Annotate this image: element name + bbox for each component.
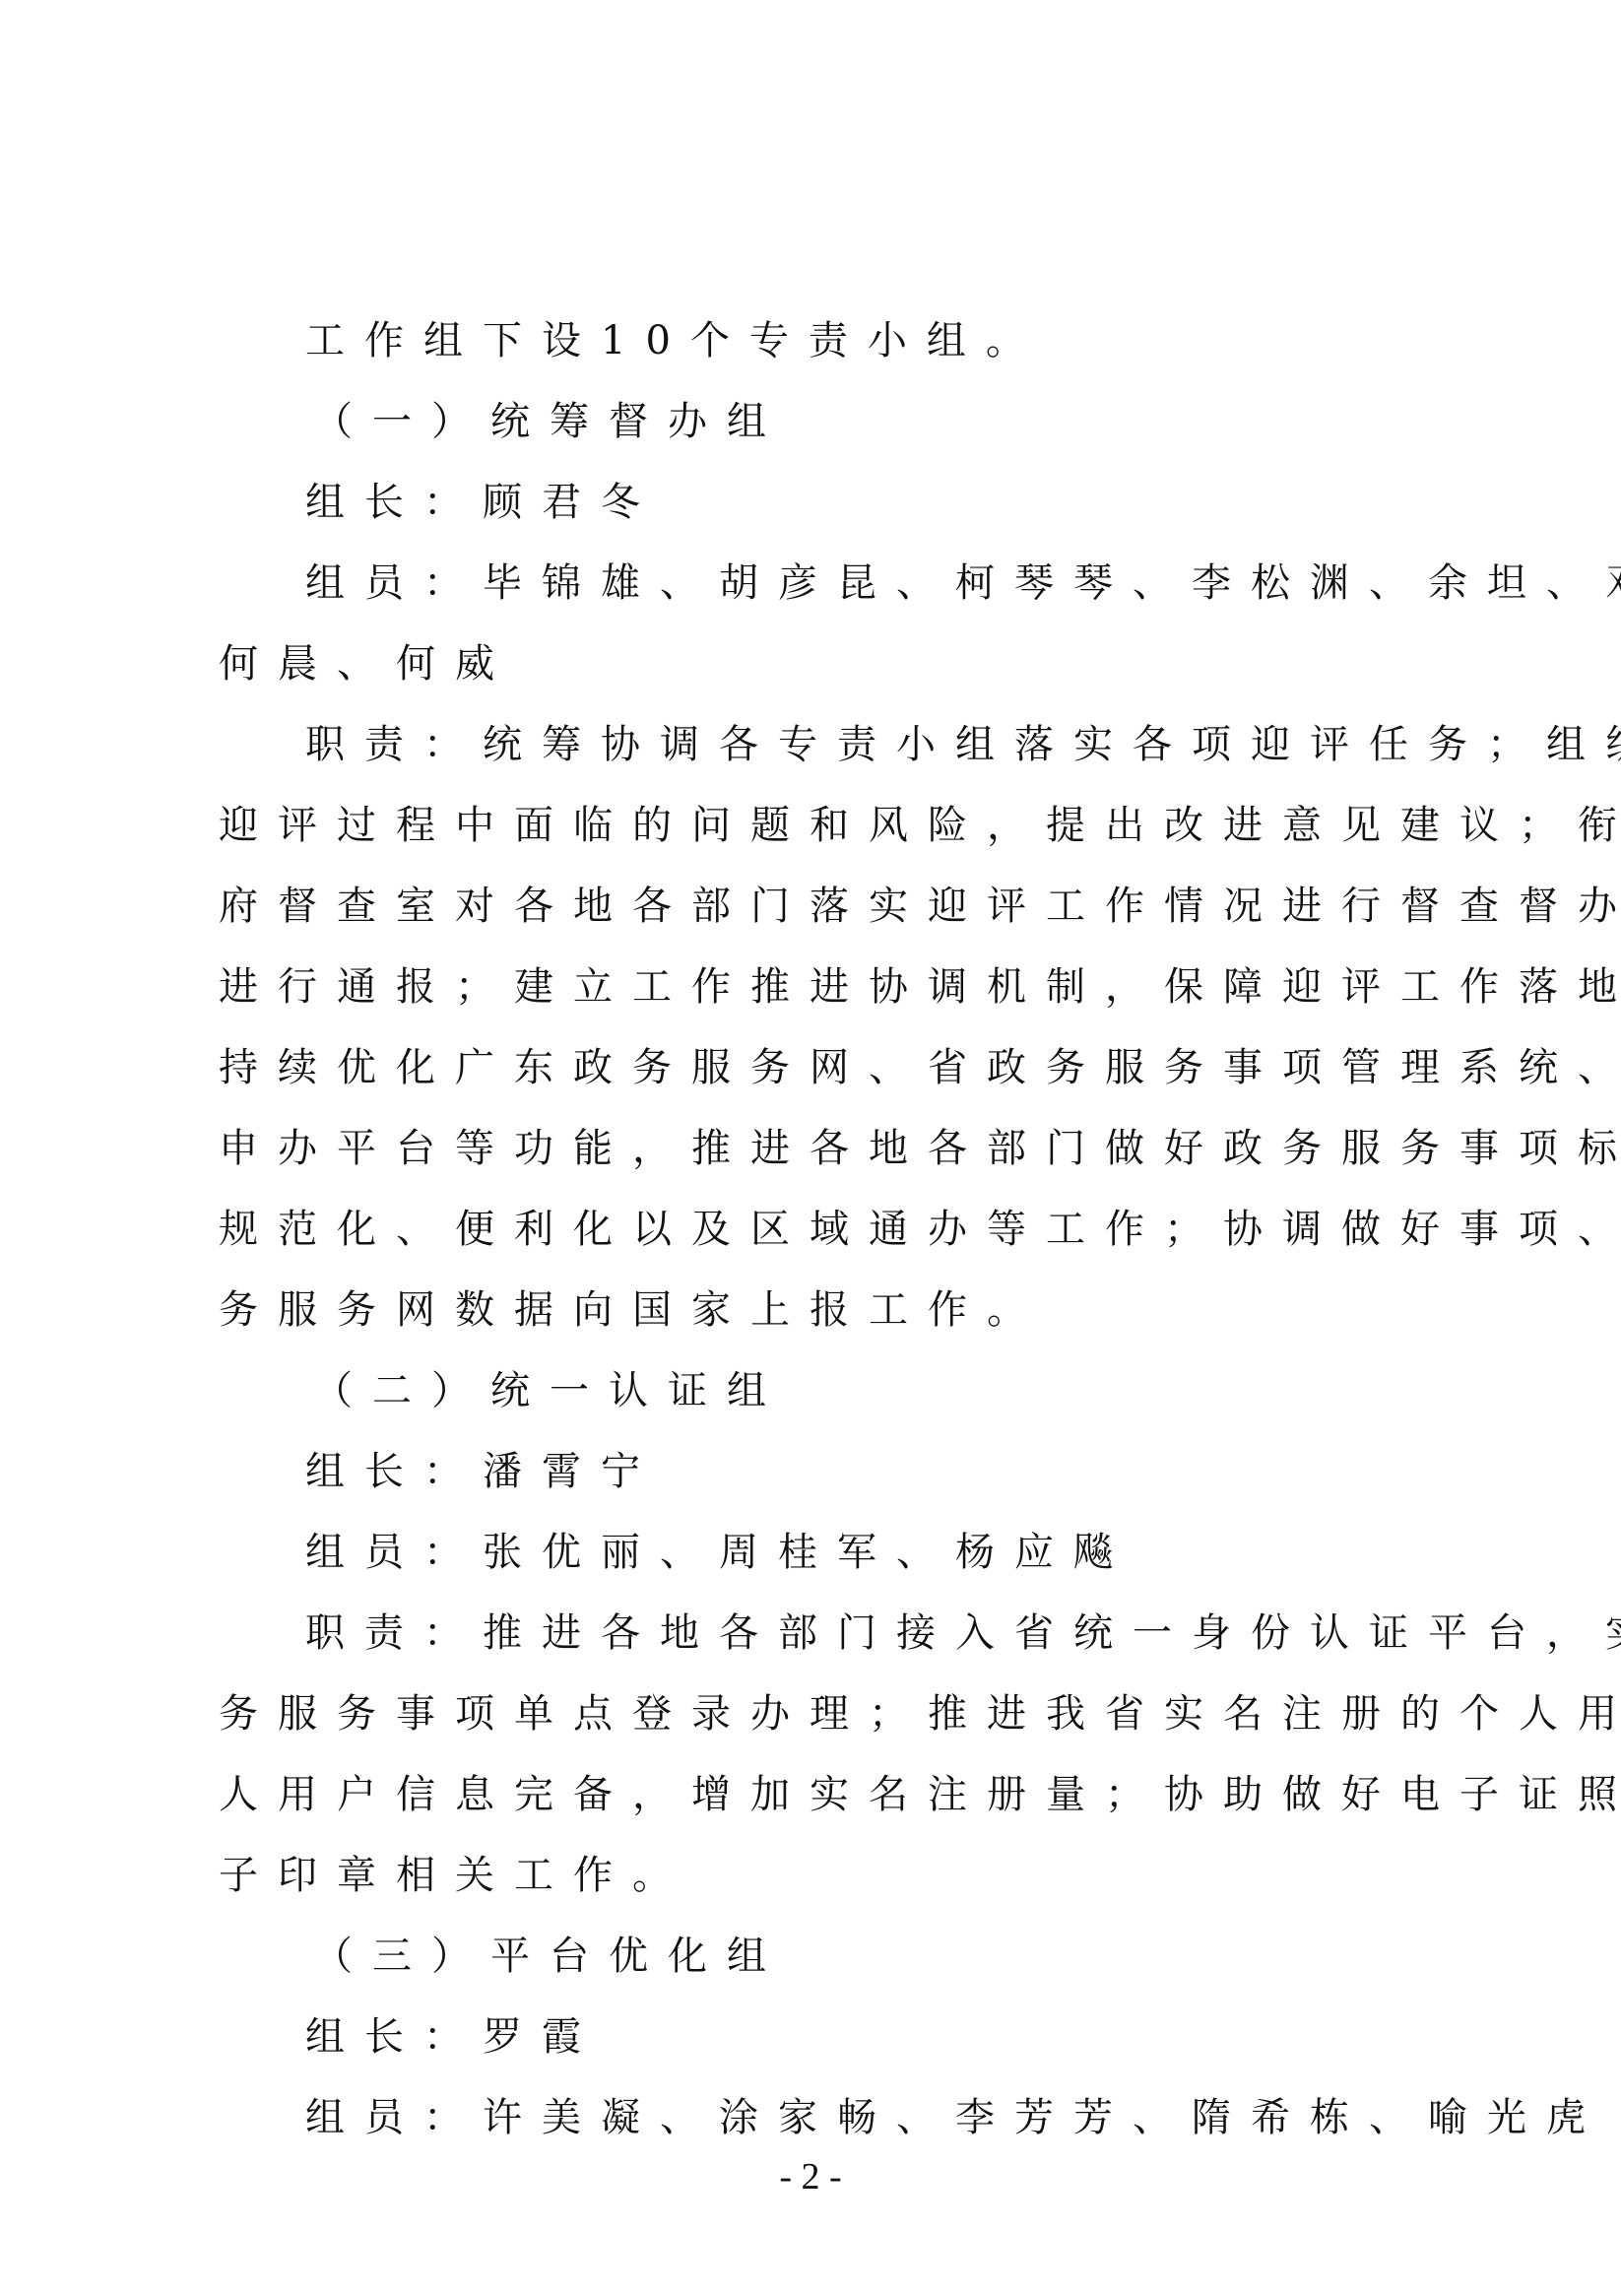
leader-name: 顾君冬	[483, 480, 660, 525]
group-1-duty-line: 规范化、便利化以及区域通办等工作；协调做好事项、广东政	[219, 1189, 1428, 1270]
group-2-heading: （二）统一认证组	[219, 1350, 1428, 1431]
group-2-leader: 组长：潘霄宁	[219, 1431, 1428, 1512]
group-2-duty: 职责：推进各地各部门接入省统一身份认证平台，实现政	[219, 1593, 1428, 1673]
group-1-members-cont: 何晨、何威	[219, 623, 1428, 704]
members-list: 毕锦雄、胡彦昆、柯琴琴、李松渊、余坦、邓光义、	[483, 560, 1621, 606]
duty-text: 统筹协调各专责小组落实各项迎评任务；组织研究	[483, 722, 1621, 767]
group-1-duty-line: 持续优化广东政务服务网、省政务服务事项管理系统、省统一	[219, 1027, 1428, 1108]
members-list: 张优丽、周桂军、杨应飚	[483, 1530, 1133, 1575]
group-1-duty-line: 申办平台等功能，推进各地各部门做好政务服务事项标准化、	[219, 1108, 1428, 1189]
page-number: - 2 -	[0, 2155, 1621, 2198]
group-1-members: 组员：毕锦雄、胡彦昆、柯琴琴、李松渊、余坦、邓光义、	[219, 543, 1428, 623]
leader-name: 罗霞	[483, 2014, 601, 2060]
group-2-duty-line: 子印章相关工作。	[219, 1835, 1428, 1916]
leader-name: 潘霄宁	[483, 1449, 660, 1494]
intro-paragraph: 工作组下设10个专责小组。	[219, 300, 1428, 381]
group-3-members: 组员：许美凝、涂家畅、李芳芳、隋希栋、喻光虎	[219, 2077, 1428, 2158]
duty-label: 职责：	[305, 1610, 483, 1656]
members-label: 组员：	[305, 2095, 483, 2140]
members-label: 组员：	[305, 1530, 483, 1575]
document-page: 工作组下设10个专责小组。 （一）统筹督办组 组长：顾君冬 组员：毕锦雄、胡彦昆…	[0, 0, 1621, 2296]
members-list: 许美凝、涂家畅、李芳芳、隋希栋、喻光虎	[483, 2095, 1605, 2140]
leader-label: 组长：	[305, 2014, 483, 2060]
group-1-leader: 组长：顾君冬	[219, 462, 1428, 543]
duty-text: 推进各地各部门接入省统一身份认证平台，实现政	[483, 1610, 1621, 1656]
leader-label: 组长：	[305, 480, 483, 525]
members-label: 组员：	[305, 560, 483, 606]
group-1-duty-line: 务服务网数据向国家上报工作。	[219, 1270, 1428, 1350]
group-1-duty-line: 迎评过程中面临的问题和风险，提出改进意见建议；衔接省政	[219, 785, 1428, 866]
document-body: 工作组下设10个专责小组。 （一）统筹督办组 组长：顾君冬 组员：毕锦雄、胡彦昆…	[219, 300, 1428, 2158]
duty-label: 职责：	[305, 722, 483, 767]
group-1-duty-line: 府督查室对各地各部门落实迎评工作情况进行督查督办，适时	[219, 866, 1428, 947]
group-1-heading: （一）统筹督办组	[219, 381, 1428, 462]
group-2-duty-line: 务服务事项单点登录办理；推进我省实名注册的个人用户、法	[219, 1673, 1428, 1754]
leader-label: 组长：	[305, 1449, 483, 1494]
group-1-duty-line: 进行通报；建立工作推进协调机制，保障迎评工作落地见效；	[219, 947, 1428, 1027]
group-1-duty: 职责：统筹协调各专责小组落实各项迎评任务；组织研究	[219, 704, 1428, 785]
group-3-heading: （三）平台优化组	[219, 1916, 1428, 1997]
group-2-members: 组员：张优丽、周桂军、杨应飚	[219, 1512, 1428, 1593]
group-2-duty-line: 人用户信息完备，增加实名注册量；协助做好电子证照调用电	[219, 1754, 1428, 1835]
group-3-leader: 组长：罗霞	[219, 1997, 1428, 2077]
